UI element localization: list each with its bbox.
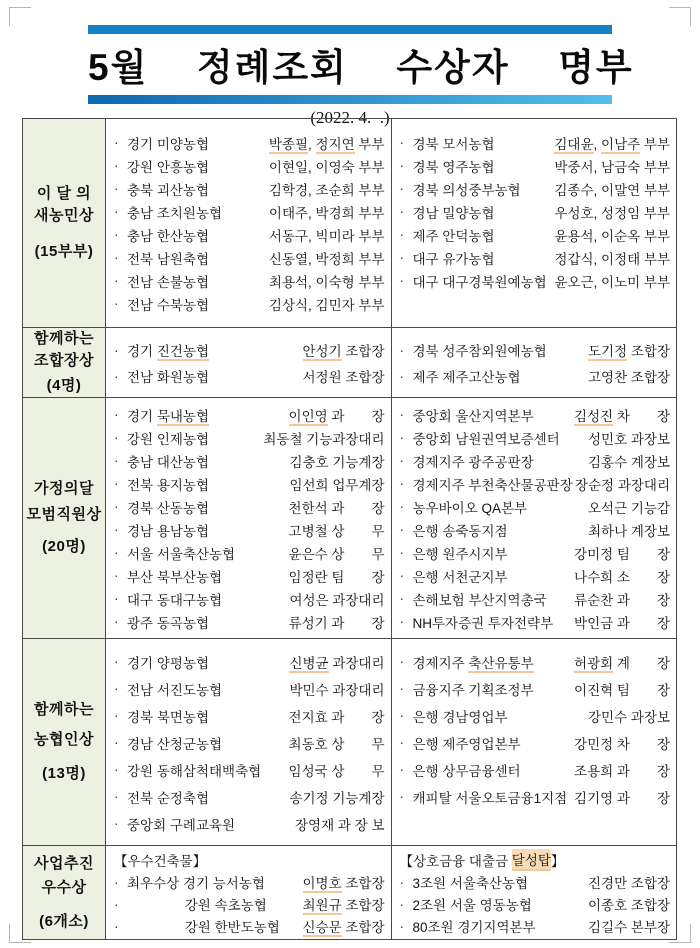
list-item: ·80조원 경기지역본부김길수 본부장 — [392, 915, 677, 937]
item-name: 진경만 조합장 — [588, 872, 670, 892]
item-name: 김길수 본부장 — [588, 916, 670, 936]
section-row: 이 달 의새농민상(15부부)·경기 미양농협박종필, 정지연 부부·강원 안흥… — [23, 119, 676, 328]
awards-table: 이 달 의새농민상(15부부)·경기 미양농협박종필, 정지연 부부·강원 안흥… — [22, 118, 677, 940]
bullet-icon: · — [114, 545, 127, 560]
org-text: 최우수상 경기 능서농협 — [127, 876, 265, 891]
item-name: 강민수 과장보 — [588, 706, 670, 726]
item-org: 경기 미양농협 — [127, 133, 209, 153]
item-name: 신승문 조합장 — [303, 916, 385, 936]
bullet-icon: · — [400, 735, 413, 750]
org-text: 경제지주 광주공판장 — [413, 455, 534, 470]
section-header-cell: 사업추진우수상(6개소) — [23, 846, 106, 939]
caption-text: 달성탑 — [512, 849, 551, 871]
item-org: 80조원 경기지역본부 — [413, 916, 536, 936]
item-name: 이인영 과 장 — [289, 405, 385, 425]
name-text: 과 장 — [328, 409, 385, 424]
item-name: 전지효 과 장 — [289, 706, 385, 726]
list-item: ·경기 묵내농협이인영 과 장 — [106, 403, 391, 426]
item-name: 김대윤, 이남주 부부 — [554, 133, 670, 153]
name-text: 부부 — [355, 137, 385, 152]
name-text: 임성국 상 무 — [289, 764, 385, 779]
list-item: ·경제지주 부천축산물공판장장순정 과장대리 — [392, 472, 677, 495]
page-title: 5월 정례조회 수상자 명부 — [88, 34, 612, 95]
item-org: 강원 속초농협 — [127, 894, 267, 914]
item-org: 은행 서천군지부 — [413, 566, 508, 586]
list-item: ·중앙회 구례교육원장영재 과 장 보 — [106, 810, 391, 837]
org-text: 대구 유가농협 — [413, 252, 495, 267]
bullet-icon: · — [114, 591, 127, 606]
list-item: ·경기 진건농협안성기 조합장 — [106, 337, 391, 363]
item-org: 대구 동대구농협 — [127, 589, 222, 609]
section-content: ·경기 미양농협박종필, 정지연 부부·강원 안흥농협이현일, 이영숙 부부·충… — [106, 119, 676, 327]
org-text: 3조원 서울축산농협 — [413, 876, 529, 891]
column-right: ·경제지주 축산유통부허광회 계 장·금융지주 기획조정부이진혁 팀 장·은행 … — [391, 639, 677, 845]
item-name: 이태주, 박경희 부부 — [269, 202, 385, 222]
section-header-line: 함께하는 — [34, 328, 94, 350]
column-left: ·경기 진건농협안성기 조합장·전남 화원농협서정원 조합장 — [106, 328, 391, 397]
name-text: 조합장 — [627, 344, 670, 359]
name-text: 차 장 — [613, 409, 670, 424]
item-org: 경남 밀양농협 — [413, 202, 495, 222]
bullet-icon: · — [114, 875, 127, 890]
list-item: ·전남 서진도농협박민수 과장대리 — [106, 675, 391, 702]
bullet-icon: · — [114, 343, 127, 358]
item-name: 고병철 상 무 — [289, 520, 385, 540]
org-text: 서울 서울축산농협 — [127, 547, 235, 562]
org-text: 충북 괴산농협 — [127, 183, 209, 198]
item-name: 박중서, 남금숙 부부 — [554, 156, 670, 176]
section-row: 가정의달모범직원상(20명)·경기 묵내농협이인영 과 장·강원 인제농협최동철… — [23, 398, 676, 639]
org-text: 은행 서천군지부 — [413, 570, 508, 585]
list-item: · 강원 한반도농협신승문 조합장 — [106, 915, 391, 937]
bullet-icon: · — [400, 919, 413, 934]
bullet-icon: · — [400, 250, 413, 265]
item-org: 경제지주 광주공판장 — [413, 451, 534, 471]
name-text: 강미정 팀 장 — [574, 547, 670, 562]
bullet-icon: · — [114, 250, 127, 265]
section-header-cell: 가정의달모범직원상(20명) — [23, 398, 106, 638]
item-org: 중앙회 남원권역보증센터 — [413, 428, 560, 448]
bullet-icon: · — [114, 227, 127, 242]
item-org: 전남 화원농협 — [127, 366, 209, 386]
org-text: 손해보험 부산지역총국 — [413, 593, 547, 608]
org-text: 금융지주 기획조정부 — [413, 683, 534, 698]
item-org: 충남 대산농협 — [127, 451, 209, 471]
name-text: 성민호 과장보 — [588, 432, 670, 447]
bullet-icon: · — [400, 614, 413, 629]
list-item: ·전북 용지농협임선희 업무계장 — [106, 472, 391, 495]
item-org: 서울 서울축산농협 — [127, 543, 235, 563]
item-name: 류성기 과 장 — [289, 612, 385, 632]
item-name: 서정원 조합장 — [303, 366, 385, 386]
name-text: 이명호 — [303, 876, 342, 893]
name-text: 부부 — [640, 137, 670, 152]
item-org: 대구 대구경북원예농협 — [413, 271, 547, 291]
list-item: ·경남 산청군농협최동호 상 무 — [106, 729, 391, 756]
bullet-icon: · — [114, 135, 127, 150]
item-name: 여성은 과장대리 — [289, 589, 384, 609]
name-text: 신동열, 박정희 부부 — [269, 252, 385, 267]
org-text: 전남 서진도농협 — [127, 683, 222, 698]
item-name: 장순정 과장대리 — [575, 474, 670, 494]
section-header-line: 이 달 의 — [37, 183, 91, 205]
list-item: ·은행 송죽동지점최하나 계장보 — [392, 518, 677, 541]
org-text: 경남 밀양농협 — [413, 206, 495, 221]
bullet-icon: · — [114, 430, 127, 445]
item-org: 경기 양평농협 — [127, 652, 209, 672]
org-text: 은행 송죽동지점 — [413, 524, 508, 539]
bullet-icon: · — [114, 522, 127, 537]
org-text: 은행 경남영업부 — [413, 710, 508, 725]
name-text: 고병철 상 무 — [289, 524, 385, 539]
item-org: 경남 용남농협 — [127, 520, 209, 540]
item-org: 경북 북면농협 — [127, 706, 209, 726]
org-text: 경기 — [127, 344, 157, 359]
org-text: 충남 한산농협 — [127, 229, 209, 244]
title-bar-bottom — [88, 95, 612, 104]
item-org: 금융지주 기획조정부 — [413, 679, 534, 699]
item-org: 경제지주 부천축산물공판장 — [413, 474, 573, 494]
bullet-icon: · — [114, 816, 127, 831]
item-org: 최우수상 경기 능서농협 — [127, 872, 265, 892]
name-text: 신승문 — [303, 920, 342, 937]
org-text: 대구 대구경북원예농협 — [413, 275, 547, 290]
list-item: ·2조원 서울 영동농협이종호 조합장 — [392, 893, 677, 915]
org-text: 묵내농협 — [157, 409, 209, 426]
list-item: ·대구 동대구농협여성은 과장대리 — [106, 587, 391, 610]
item-org: 강원 안흥농협 — [127, 156, 209, 176]
name-text: 이현일, 이영숙 부부 — [269, 160, 385, 175]
name-text: 여성은 과장대리 — [289, 593, 384, 608]
item-name: 오석근 기능감 — [588, 497, 670, 517]
item-name: 천한석 과 장 — [289, 497, 385, 517]
name-text: 장영재 과 장 보 — [295, 818, 385, 833]
name-text: 이남주 — [601, 137, 640, 154]
item-org: 경남 산청군농협 — [127, 733, 222, 753]
section-header-count: (13명) — [42, 759, 86, 789]
name-text: 천한석 과 장 — [289, 501, 385, 516]
bullet-icon: · — [114, 204, 127, 219]
bullet-icon: · — [114, 369, 127, 384]
item-name: 윤은수 상 무 — [289, 543, 385, 563]
name-text: , — [594, 137, 602, 152]
name-text: 장순정 과장대리 — [575, 478, 670, 493]
name-text: 조합장 — [342, 344, 385, 359]
org-text: 전북 용지농협 — [127, 478, 209, 493]
org-text: 경북 산동농협 — [127, 501, 209, 516]
name-text: 우성호, 성정임 부부 — [554, 206, 670, 221]
name-text: 조합장 — [342, 876, 385, 891]
section-header-line: 농협인상 — [34, 725, 94, 755]
name-text: 허광회 — [574, 656, 613, 673]
org-text: 전남 수북농협 — [127, 298, 209, 313]
section-header-count: (4명) — [47, 375, 82, 397]
list-item: ·NH투자증권 투자전략부박인금 과 장 — [392, 610, 677, 633]
item-name: 성민호 과장보 — [588, 428, 670, 448]
name-text: 김종수, 이말연 부부 — [554, 183, 670, 198]
column-right: ·중앙회 울산지역본부김성진 차 장·중앙회 남원권역보증센터성민호 과장보·경… — [391, 398, 677, 638]
item-org: 농우바이오 QA본부 — [413, 497, 528, 517]
item-name: 김종수, 이말연 부부 — [554, 179, 670, 199]
section-row: 사업추진우수상(6개소)【우수건축물】·최우수상 경기 능서농협이명호 조합장·… — [23, 846, 676, 939]
org-text: 농우바이오 QA본부 — [413, 501, 528, 516]
name-text: 서정원 조합장 — [303, 370, 385, 385]
item-org: 3조원 서울축산농협 — [413, 872, 529, 892]
org-text: 경제지주 — [413, 656, 469, 671]
column-right: ·경북 성주참외원예농협도기정 조합장·제주 제주고산농협고영찬 조합장 — [391, 328, 677, 397]
item-org: 경기 진건농협 — [127, 340, 209, 360]
section-header-line: 가정의달 — [34, 476, 94, 502]
name-text: 최동철 기능과장대리 — [263, 432, 384, 447]
org-text: 은행 상무금융센터 — [413, 764, 521, 779]
bullet-icon: · — [400, 273, 413, 288]
item-name: 서동구, 빅미라 부부 — [269, 225, 385, 245]
list-item: ·전남 화원농협서정원 조합장 — [106, 363, 391, 389]
bullet-icon: · — [400, 430, 413, 445]
org-text: 축산유통부 — [468, 656, 533, 673]
section-header-cell: 함께하는조합장상(4명) — [23, 328, 106, 397]
name-text: 임정란 팀 장 — [289, 570, 385, 585]
name-text: 윤오근, 이노미 부부 — [554, 275, 670, 290]
bullet-icon: · — [114, 499, 127, 514]
item-name: 강미정 팀 장 — [574, 543, 670, 563]
name-text: 김학경, 조순희 부부 — [269, 183, 385, 198]
list-item: ·서울 서울축산농협윤은수 상 무 — [106, 541, 391, 564]
name-text: 신병균 — [289, 656, 328, 673]
bullet-icon: · — [114, 897, 127, 912]
bullet-icon: · — [400, 681, 413, 696]
item-name: 최원규 조합장 — [303, 894, 385, 914]
org-text: 전남 손불농협 — [127, 275, 209, 290]
item-org: 전북 용지농협 — [127, 474, 209, 494]
list-item: ·은행 상무금융센터조용희 과 장 — [392, 756, 677, 783]
list-item: ·제주 제주고산농협고영찬 조합장 — [392, 363, 677, 389]
name-text: 조합장 — [342, 920, 385, 935]
list-item: ·강원 동해삼척태백축협임성국 상 무 — [106, 756, 391, 783]
bullet-icon: · — [114, 407, 127, 422]
item-org: 경북 모서농협 — [413, 133, 495, 153]
item-name: 임성국 상 무 — [289, 760, 385, 780]
section-header-count: (15부부) — [35, 241, 94, 263]
item-name: 류순찬 과 장 — [574, 589, 670, 609]
item-org: 경북 영주농협 — [413, 156, 495, 176]
item-name: 김홍수 계장보 — [588, 451, 670, 471]
bullet-icon: · — [114, 708, 127, 723]
name-text: 도기정 — [588, 344, 627, 361]
org-text: 경북 북면농협 — [127, 710, 209, 725]
bullet-icon: · — [400, 204, 413, 219]
org-text: 전남 화원농협 — [127, 370, 209, 385]
item-org: 경제지주 축산유통부 — [413, 652, 534, 672]
item-org: 은행 제주영업본부 — [413, 733, 521, 753]
column-right: ·경북 모서농협김대윤, 이남주 부부·경북 영주농협박중서, 남금숙 부부·경… — [391, 119, 677, 327]
item-org: 중앙회 구례교육원 — [127, 814, 235, 834]
item-name: 나수희 소 장 — [574, 566, 670, 586]
item-org: 전북 순정축협 — [127, 787, 209, 807]
list-item: ·전남 손불농협최용석, 이숙형 부부 — [106, 269, 391, 292]
item-name: 최동호 상 무 — [289, 733, 385, 753]
bullet-icon: · — [400, 654, 413, 669]
org-text: 제주 안덕농협 — [413, 229, 495, 244]
org-text: 경제지주 부천축산물공판장 — [413, 478, 573, 493]
bullet-icon: · — [400, 897, 413, 912]
list-item: · 강원 속초농협최원규 조합장 — [106, 893, 391, 915]
bullet-icon: · — [400, 407, 413, 422]
list-item: ·충남 조치원농협이태주, 박경희 부부 — [106, 200, 391, 223]
item-org: NH투자증권 투자전략부 — [413, 612, 554, 632]
org-text: 80조원 경기지역본부 — [413, 920, 536, 935]
item-name: 고영찬 조합장 — [588, 366, 670, 386]
column-left: ·경기 미양농협박종필, 정지연 부부·강원 안흥농협이현일, 이영숙 부부·충… — [106, 119, 391, 327]
list-item: ·금융지주 기획조정부이진혁 팀 장 — [392, 675, 677, 702]
list-item: ·경북 성주참외원예농협도기정 조합장 — [392, 337, 677, 363]
list-item: ·캐피탈 서울오토금융1지점김기영 과 장 — [392, 783, 677, 810]
list-item: ·강원 안흥농협이현일, 이영숙 부부 — [106, 154, 391, 177]
item-org: 은행 경남영업부 — [413, 706, 508, 726]
list-item: ·제주 안덕농협윤용석, 이순옥 부부 — [392, 223, 677, 246]
list-item: ·경제지주 축산유통부허광회 계 장 — [392, 648, 677, 675]
org-text: 중앙회 남원권역보증센터 — [413, 432, 560, 447]
name-text: 김기영 과 장 — [574, 791, 670, 806]
item-org: 전남 수북농협 — [127, 294, 209, 314]
list-item: ·농우바이오 QA본부오석근 기능감 — [392, 495, 677, 518]
list-item: ·전남 수북농협김상식, 김민자 부부 — [106, 292, 391, 315]
item-name: 김성진 차 장 — [574, 405, 670, 425]
item-org: 광주 동곡농협 — [127, 612, 209, 632]
item-org: 캐피탈 서울오토금융1지점 — [413, 787, 568, 807]
list-item: ·은행 경남영업부강민수 과장보 — [392, 702, 677, 729]
item-name: 임선희 업무계장 — [289, 474, 384, 494]
item-org: 경북 산동농협 — [127, 497, 209, 517]
item-org: 경북 의성중부농협 — [413, 179, 521, 199]
org-text: 강원 속초농협 — [127, 898, 267, 913]
section-content: ·경기 양평농협신병균 과장대리·전남 서진도농협박민수 과장대리·경북 북면농… — [106, 639, 676, 845]
section-header-line: 새농민상 — [34, 205, 94, 227]
list-item: ·은행 서천군지부나수희 소 장 — [392, 564, 677, 587]
item-name: 김충호 기능계장 — [289, 451, 384, 471]
name-text: 박중서, 남금숙 부부 — [554, 160, 670, 175]
name-text: 조합장 — [342, 898, 385, 913]
bullet-icon: · — [400, 545, 413, 560]
list-item: ·중앙회 남원권역보증센터성민호 과장보 — [392, 426, 677, 449]
org-text: 경북 영주농협 — [413, 160, 495, 175]
bullet-icon: · — [400, 789, 413, 804]
org-text: 강원 동해삼척태백축협 — [127, 764, 261, 779]
name-text: 이종호 조합장 — [588, 898, 670, 913]
item-org: 은행 상무금융센터 — [413, 760, 521, 780]
list-item: ·부산 북부산농협임정란 팀 장 — [106, 564, 391, 587]
org-text: 경북 성주참외원예농협 — [413, 344, 547, 359]
bullet-icon: · — [114, 681, 127, 696]
org-text: 경북 의성중부농협 — [413, 183, 521, 198]
list-item: ·중앙회 울산지역본부김성진 차 장 — [392, 403, 677, 426]
item-name: 김기영 과 장 — [574, 787, 670, 807]
org-text: 충남 대산농협 — [127, 455, 209, 470]
section-header-line: 우수상 — [42, 876, 87, 900]
org-text: NH투자증권 투자전략부 — [413, 616, 554, 631]
bullet-icon: · — [114, 476, 127, 491]
name-text: 최용석, 이숙형 부부 — [269, 275, 385, 290]
name-text: 김성진 — [574, 409, 613, 426]
name-text: 송기정 기능계장 — [289, 791, 384, 806]
bullet-icon: · — [400, 708, 413, 723]
bullet-icon: · — [114, 453, 127, 468]
list-item: ·은행 원주시지부강미정 팀 장 — [392, 541, 677, 564]
item-org: 충북 괴산농협 — [127, 179, 209, 199]
item-org: 강원 동해삼척태백축협 — [127, 760, 261, 780]
column-caption: 【우수건축물】 — [106, 847, 391, 871]
name-text: 최동호 상 무 — [289, 737, 385, 752]
crop-mark-top-left — [9, 7, 31, 26]
name-text: 정지연 — [316, 137, 355, 154]
org-text: 경기 미양농협 — [127, 137, 209, 152]
org-text: 경남 산청군농협 — [127, 737, 222, 752]
bullet-icon: · — [400, 499, 413, 514]
item-name: 신병균 과장대리 — [289, 652, 384, 672]
org-text: 중앙회 구례교육원 — [127, 818, 235, 833]
bullet-icon: · — [400, 135, 413, 150]
name-text: 이태주, 박경희 부부 — [269, 206, 385, 221]
org-text: 광주 동곡농협 — [127, 616, 209, 631]
section-header-line: 함께하는 — [34, 695, 94, 725]
item-org: 손해보험 부산지역총국 — [413, 589, 547, 609]
item-name: 도기정 조합장 — [588, 340, 670, 360]
column-left: 【우수건축물】·최우수상 경기 능서농협이명호 조합장· 강원 속초농협최원규 … — [106, 846, 391, 939]
item-org: 전북 남원축협 — [127, 248, 209, 268]
name-text: 김홍수 계장보 — [588, 455, 670, 470]
item-org: 전남 서진도농협 — [127, 679, 222, 699]
org-text: 전북 순정축협 — [127, 791, 209, 806]
org-text: 진건농협 — [157, 344, 209, 361]
name-text: 김상식, 김민자 부부 — [269, 298, 385, 313]
bullet-icon: · — [114, 273, 127, 288]
item-org: 충남 조치원농협 — [127, 202, 222, 222]
item-name: 허광회 계 장 — [574, 652, 670, 672]
item-org: 은행 송죽동지점 — [413, 520, 508, 540]
bullet-icon: · — [400, 181, 413, 196]
name-text: 김길수 본부장 — [588, 920, 670, 935]
bullet-icon: · — [400, 343, 413, 358]
item-name: 신동열, 박정희 부부 — [269, 248, 385, 268]
list-item: ·3조원 서울축산농협진경만 조합장 — [392, 871, 677, 893]
item-name: 정갑식, 이정태 부부 — [554, 248, 670, 268]
item-name: 이진혁 팀 장 — [574, 679, 670, 699]
bullet-icon: · — [400, 522, 413, 537]
bullet-icon: · — [400, 476, 413, 491]
name-text: 조용희 과 장 — [574, 764, 670, 779]
column-caption: 【상호금융 대출금 달성탑】 — [392, 847, 677, 871]
section-row: 함께하는농협인상(13명)·경기 양평농협신병균 과장대리·전남 서진도농협박민… — [23, 639, 676, 846]
list-item: ·최우수상 경기 능서농협이명호 조합장 — [106, 871, 391, 893]
item-name: 장영재 과 장 보 — [295, 814, 385, 834]
bullet-icon: · — [114, 181, 127, 196]
list-item: ·손해보험 부산지역총국류순찬 과 장 — [392, 587, 677, 610]
name-text: 오석근 기능감 — [588, 501, 670, 516]
name-text: 김충호 기능계장 — [289, 455, 384, 470]
bullet-icon: · — [400, 227, 413, 242]
section-header-line: 모범직원상 — [27, 502, 102, 528]
caption-text: 】 — [551, 850, 565, 870]
item-name: 조용희 과 장 — [574, 760, 670, 780]
item-name: 박민수 과장대리 — [289, 679, 384, 699]
name-text: 고영찬 조합장 — [588, 370, 670, 385]
bullet-icon: · — [114, 296, 127, 311]
list-item: ·경북 산동농협천한석 과 장 — [106, 495, 391, 518]
name-text: 이진혁 팀 장 — [574, 683, 670, 698]
title-bar-top — [88, 25, 612, 34]
name-text: 박인금 과 장 — [574, 616, 670, 631]
item-name: 최용석, 이숙형 부부 — [269, 271, 385, 291]
